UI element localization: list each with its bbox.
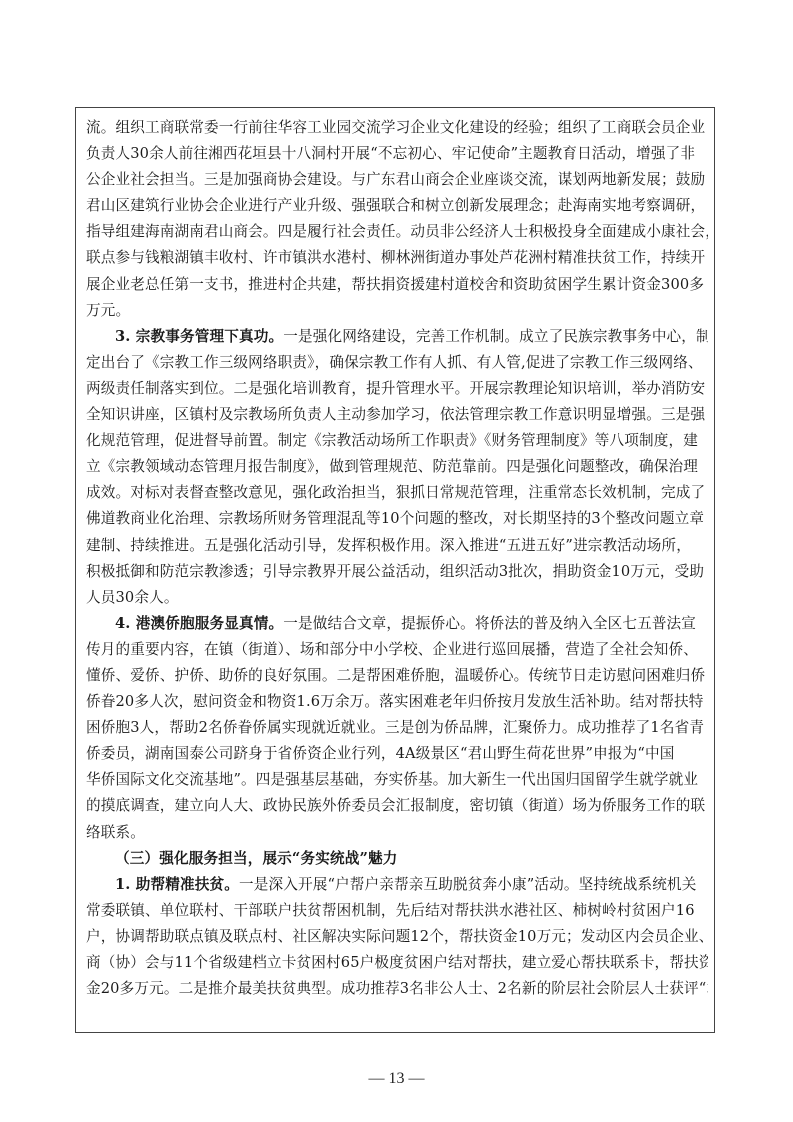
text-line: 金20多万元。二是推介最美扶贫典型。成功推荐3名非公人士、2名新的阶层社会阶层人…: [86, 976, 708, 1002]
text-line: 商（协）会与11个省级建档立卡贫困村65户极度贫困户结对帮扶，建立爱心帮扶联系卡…: [86, 950, 708, 976]
text-line: 全知识讲座，区镇村及宗教场所负责人主动参加学习，依法管理宗教工作意识明显增强。三…: [86, 402, 708, 428]
section-heading-religion: 3. 宗教事务管理下真功。: [115, 328, 283, 345]
text-line: 联点参与钱粮湖镇丰收村、许市镇洪水港村、柳林洲街道办事处芦花洲村精准扶贫工作，持…: [86, 245, 708, 271]
text-line: 展企业老总任第一支书，推进村企共建，帮扶捐资援建村道校舍和资助贫困学生累计资金3…: [86, 272, 708, 298]
subsection-heading-3: （三）强化服务担当，展示“务实统战”魅力: [115, 850, 397, 867]
subsection-heading-line: （三）强化服务担当，展示“务实统战”魅力: [86, 846, 708, 872]
text-line: 公企业社会担当。三是加强商协会建设。与广东君山商会企业座谈交流，谋划两地新发展；…: [86, 167, 708, 193]
text-span: 一是深入开展“户帮户亲帮亲互助脱贫奔小康”活动。坚持统战系统机关: [239, 876, 697, 893]
text-line: 立《宗教领域动态管理月报告制度》，做到管理规范、防范靠前。四是强化问题整改，确保…: [86, 454, 708, 480]
item-1-first-line: 1. 助帮精准扶贫。一是深入开展“户帮户亲帮亲互助脱贫奔小康”活动。坚持统战系统…: [86, 872, 708, 898]
text-line: 建制、持续推进。五是强化活动引导，发挥积极作用。深入推进“五进五好”进宗教活动场…: [86, 533, 708, 559]
text-line: 侨眷20多人次，慰问资金和物资1.6万余万。落实困难老年归侨按月发放生活补助。结…: [86, 689, 708, 715]
text-line: 定出台了《宗教工作三级网络职责》，确保宗教工作有人抓、有人管,促进了宗教工作三级…: [86, 350, 708, 376]
text-line: 流。组织工商联常委一行前往华容工业园交流学习企业文化建设的经验；组织了工商联会员…: [86, 115, 708, 141]
text-line: 的摸底调查，建立向人大、政协民族外侨委员会汇报制度，密切镇（街道）场为侨服务工作…: [86, 793, 708, 819]
text-span: 一是做结合文章，提振侨心。将侨法的普及纳入全区七五普法宣: [283, 615, 696, 632]
text-line: 负责人30余人前往湘西花垣县十八洞村开展“不忘初心、牢记使命”主题教育日活动，增…: [86, 141, 708, 167]
text-line: 侨委员，湖南国泰公司跻身于省侨资企业行列，4A级景区“君山野生荷花世界”申报为“…: [86, 741, 708, 767]
section-heading-overseas: 4. 港澳侨胞服务显真情。: [115, 615, 283, 632]
text-line: 万元。: [86, 298, 708, 324]
text-line: 成效。对标对表督查整改意见，强化政治担当，狠抓日常规范管理，注重常态长效机制，完…: [86, 480, 708, 506]
text-line: 化规范管理，促进督导前置。制定《宗教活动场所工作职责》《财务管理制度》等八项制度…: [86, 428, 708, 454]
text-line: 指导组建海南湖南君山商会。四是履行社会责任。动员非公经济人士积极投身全面建成小康…: [86, 219, 708, 245]
text-line: 佛道教商业化治理、宗教场所财务管理混乱等10个问题的整改，对长期坚持的3个整改问…: [86, 506, 708, 532]
page-number: — 13 —: [0, 1070, 793, 1088]
document-body: 流。组织工商联常委一行前往华容工业园交流学习企业文化建设的经验；组织了工商联会员…: [86, 115, 708, 1002]
section-4-first-line: 4. 港澳侨胞服务显真情。一是做结合文章，提振侨心。将侨法的普及纳入全区七五普法…: [86, 611, 708, 637]
text-line: 络联系。: [86, 820, 708, 846]
text-line: 常委联镇、单位联村、干部联户扶贫帮困机制，先后结对帮扶洪水港社区、柿树岭村贫困户…: [86, 898, 708, 924]
text-line: 两级责任制落实到位。二是强化培训教育，提升管理水平。开展宗教理论知识培训，举办消…: [86, 376, 708, 402]
text-line: 户，协调帮助联点镇及联点村、社区解决实际问题12个，帮扶资金10万元；发动区内会…: [86, 924, 708, 950]
text-line: 懂侨、爱侨、护侨、助侨的良好氛围。二是帮困难侨胞，温暖侨心。传统节日走访慰问困难…: [86, 663, 708, 689]
section-3-first-line: 3. 宗教事务管理下真功。一是强化网络建设，完善工作机制。成立了民族宗教事务中心…: [86, 324, 708, 350]
text-line: 华侨国际文化交流基地”。四是强基层基础，夯实侨基。加大新生一代出国归国留学生就学…: [86, 767, 708, 793]
text-line: 君山区建筑行业协会企业进行产业升级、强强联合和树立创新发展理念；赴海南实地考察调…: [86, 193, 708, 219]
text-line: 人员30余人。: [86, 585, 708, 611]
text-span: 一是强化网络建设，完善工作机制。成立了民族宗教事务中心，制: [283, 328, 708, 345]
item-heading-poverty: 1. 助帮精准扶贫。: [115, 876, 239, 893]
text-line: 积极抵御和防范宗教渗透；引导宗教界开展公益活动，组织活动3批次，捐助资金10万元…: [86, 559, 708, 585]
text-line: 困侨胞3人，帮助2名侨眷侨属实现就近就业。三是创为侨品牌，汇聚侨力。成功推荐了1…: [86, 715, 708, 741]
text-line: 传月的重要内容，在镇（街道）、场和部分中小学校、企业进行巡回展播，营造了全社会知…: [86, 637, 708, 663]
